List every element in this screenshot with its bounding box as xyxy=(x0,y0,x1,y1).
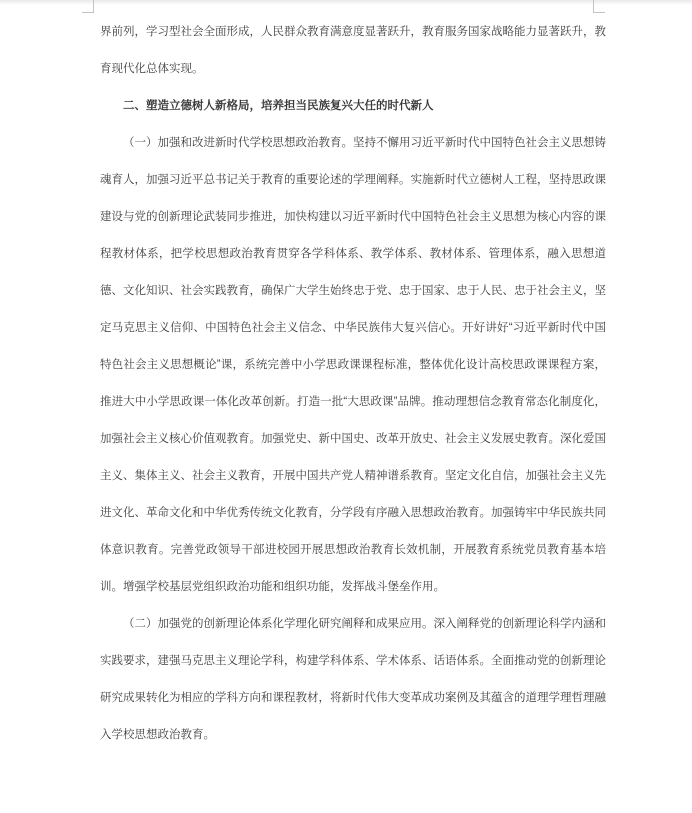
paragraph-1: （一）加强和改进新时代学校思想政治教育。坚持不懈用习近平新时代中国特色社会主义思… xyxy=(100,125,606,606)
document-body: 界前列，学习型社会全面形成，人民群众教育满意度显著跃升，教育服务国家战略能力显著… xyxy=(100,0,606,754)
text-boundary-mark-top-left xyxy=(82,0,94,13)
paragraph-continuation: 界前列，学习型社会全面形成，人民群众教育满意度显著跃升，教育服务国家战略能力显著… xyxy=(100,14,606,88)
paragraph-2: （二）加强党的创新理论体系化学理化研究阐释和成果应用。深入阐释党的创新理论科学内… xyxy=(100,606,606,754)
section-heading: 二、塑造立德树人新格局，培养担当民族复兴大任的时代新人 xyxy=(100,88,606,125)
document-page: 界前列，学习型社会全面形成，人民群众教育满意度显著跃升，教育服务国家战略能力显著… xyxy=(0,0,692,813)
